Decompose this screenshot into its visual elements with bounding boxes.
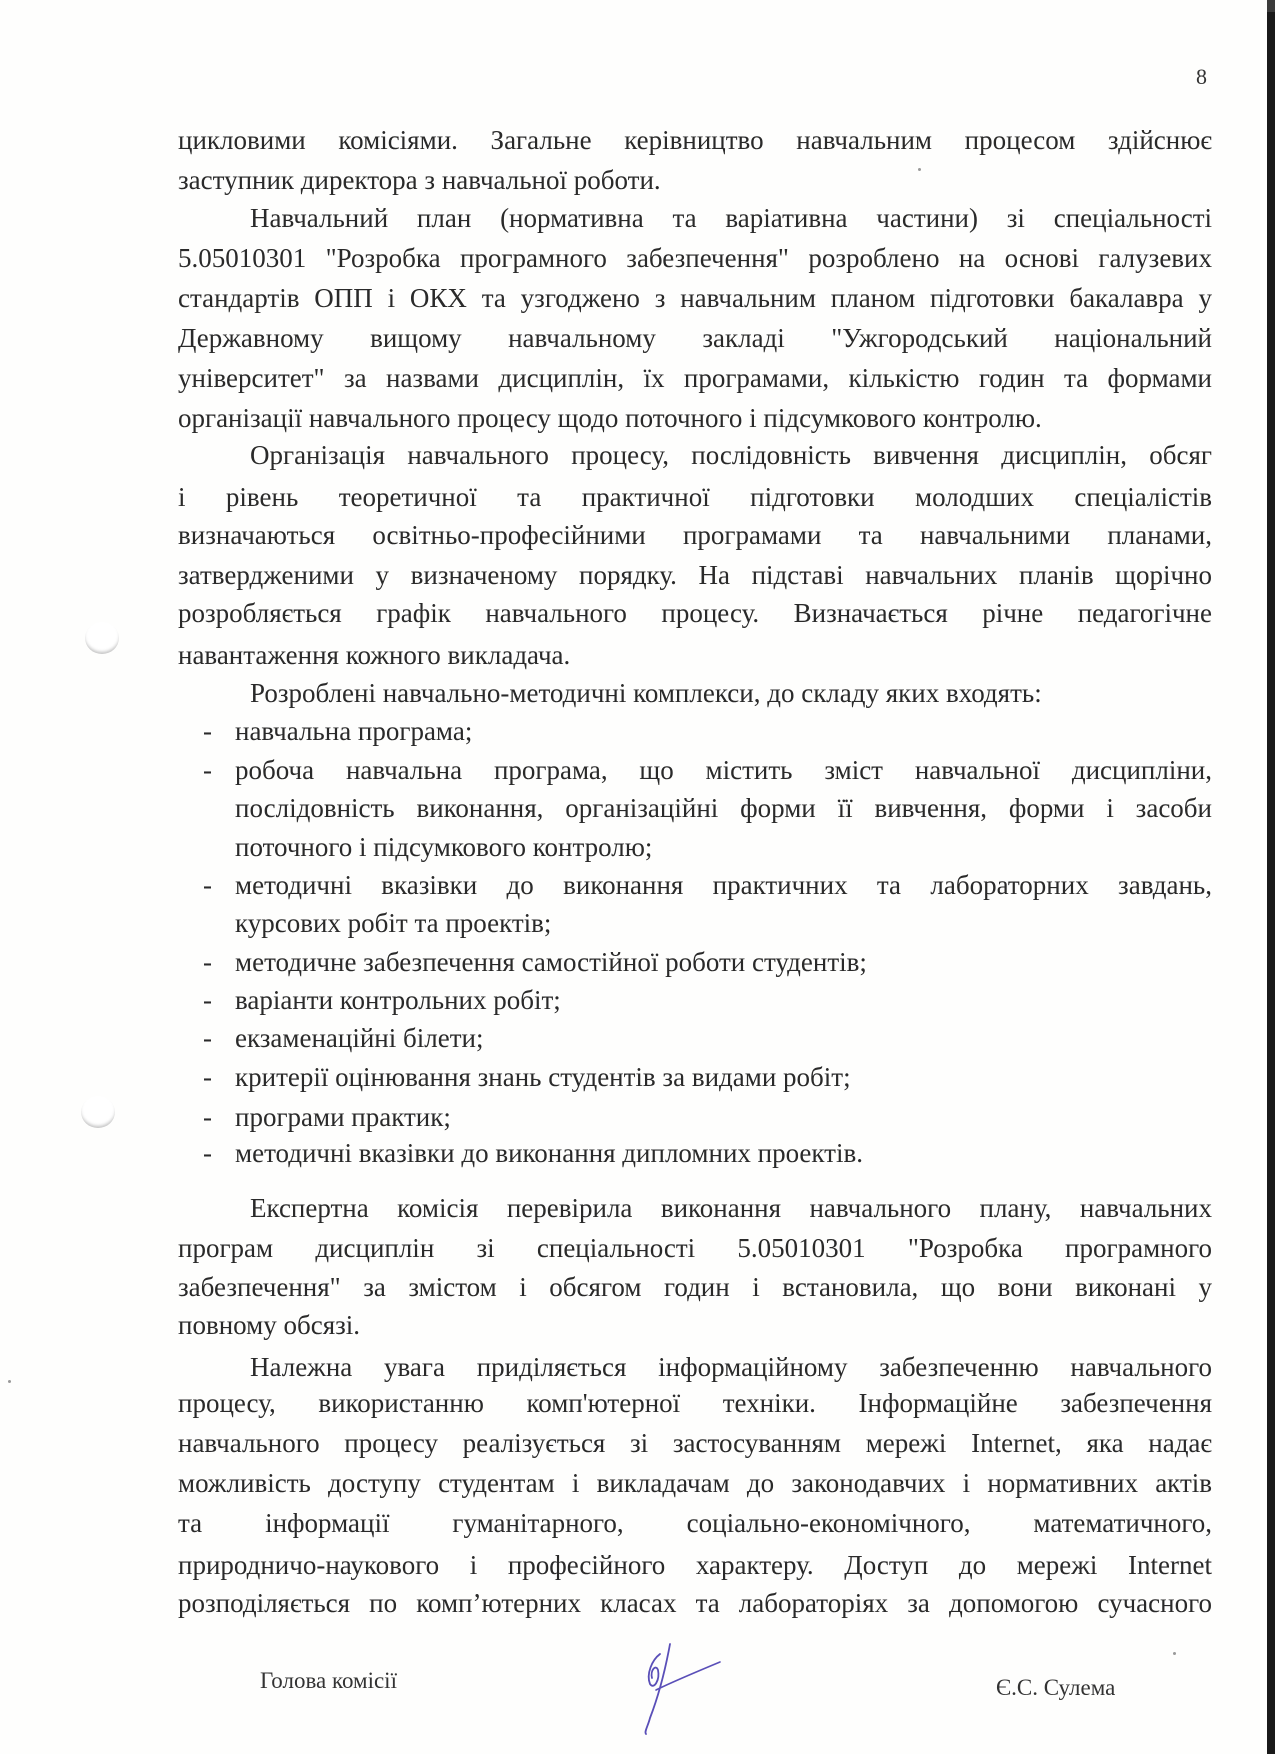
- list-item: навчальна програма;: [235, 716, 1212, 746]
- paragraph-line: заступник директора з навчальної роботи.: [178, 165, 1212, 195]
- paragraph-line: розробляється графік навчального процесу…: [178, 598, 1212, 628]
- paragraph-line: програм дисциплін зі спеціальності 5.050…: [178, 1233, 1212, 1263]
- list-item: екзаменаційні білети;: [235, 1023, 1212, 1053]
- paragraph-line: 5.05010301 "Розробка програмного забезпе…: [178, 243, 1212, 273]
- paragraph-line: природничо-наукового і професійного хара…: [178, 1550, 1212, 1580]
- list-bullet: -: [203, 985, 212, 1015]
- paragraph-line: навчального процесу реалізується зі заст…: [178, 1428, 1212, 1458]
- paragraph-line: та інформації гуманітарного, соціально-е…: [178, 1508, 1212, 1538]
- paragraph-line: організації навчального процесу щодо пот…: [178, 403, 1212, 433]
- list-item-continuation: поточного і підсумкового контролю;: [235, 832, 1212, 862]
- punch-hole-icon: [81, 1096, 115, 1128]
- list-item: робоча навчальна програма, що містить зм…: [235, 755, 1212, 785]
- list-item-continuation: послідовність виконання, організаційні ф…: [235, 793, 1212, 823]
- paragraph-line: визначаються освітньо-професійними прогр…: [178, 520, 1212, 550]
- scanner-edge: [1267, 0, 1275, 1754]
- list-item: методичне забезпечення самостійної робот…: [235, 947, 1212, 977]
- paragraph-line: можливість доступу студентам і викладача…: [178, 1468, 1212, 1498]
- list-item: методичні вказівки до виконання дипломни…: [235, 1138, 1212, 1168]
- paragraph-line: Державному вищому навчальному закладі "У…: [178, 323, 1212, 353]
- paragraph-line: процесу, використанню комп'ютерної техні…: [178, 1388, 1212, 1418]
- list-bullet: -: [203, 1023, 212, 1053]
- paragraph-line: Експертна комісія перевірила виконання н…: [250, 1193, 1212, 1223]
- paragraph-line: затвердженими у визначеному порядку. На …: [178, 560, 1212, 590]
- list-bullet: -: [203, 1062, 212, 1092]
- paragraph-line: Належна увага приділяється інформаційном…: [250, 1352, 1212, 1382]
- paragraph-line: повному обсязі.: [178, 1310, 1212, 1340]
- list-item: варіанти контрольних робіт;: [235, 985, 1212, 1015]
- paragraph-line: Розроблені навчально-методичні комплекси…: [250, 678, 1212, 708]
- paragraph-line: і рівень теоретичної та практичної підго…: [178, 482, 1212, 512]
- list-item: методичні вказівки до виконання практичн…: [235, 870, 1212, 900]
- signatory-title: Голова комісії: [260, 1666, 397, 1696]
- list-item-continuation: курсових робіт та проектів;: [235, 908, 1212, 938]
- paragraph-line: Організація навчального процесу, послідо…: [250, 440, 1212, 470]
- list-item: програми практик;: [235, 1102, 1212, 1132]
- page-number: 8: [1196, 62, 1207, 92]
- scan-speck: [1173, 1652, 1176, 1655]
- paragraph-line: навантаження кожного викладача.: [178, 640, 1212, 670]
- list-bullet: -: [203, 716, 212, 746]
- punch-hole-icon: [85, 622, 119, 654]
- paragraph-line: розподіляється по комп’ютерних класах та…: [178, 1588, 1212, 1618]
- paragraph-line: цикловими комісіями. Загальне керівництв…: [178, 125, 1212, 155]
- list-bullet: -: [203, 947, 212, 977]
- list-bullet: -: [203, 1138, 212, 1168]
- list-bullet: -: [203, 1102, 212, 1132]
- document-page: 8 цикловими комісіями. Загальне керівниц…: [0, 0, 1267, 1754]
- handwritten-signature-icon: [636, 1640, 736, 1740]
- paragraph-line: Навчальний план (нормативна та варіативн…: [250, 203, 1212, 233]
- scan-speck: [8, 1380, 11, 1383]
- paragraph-line: університет" за назвами дисциплін, їх пр…: [178, 363, 1212, 393]
- list-bullet: -: [203, 870, 212, 900]
- paragraph-line: забезпечення" за змістом і обсягом годин…: [178, 1272, 1212, 1302]
- list-bullet: -: [203, 755, 212, 785]
- signatory-name: Є.С. Сулема: [996, 1673, 1115, 1703]
- paragraph-line: стандартів ОПП і ОКХ та узгоджено з навч…: [178, 283, 1212, 313]
- list-item: критерії оцінювання знань студентів за в…: [235, 1062, 1212, 1092]
- scanner-edge-top: [1267, 0, 1275, 12]
